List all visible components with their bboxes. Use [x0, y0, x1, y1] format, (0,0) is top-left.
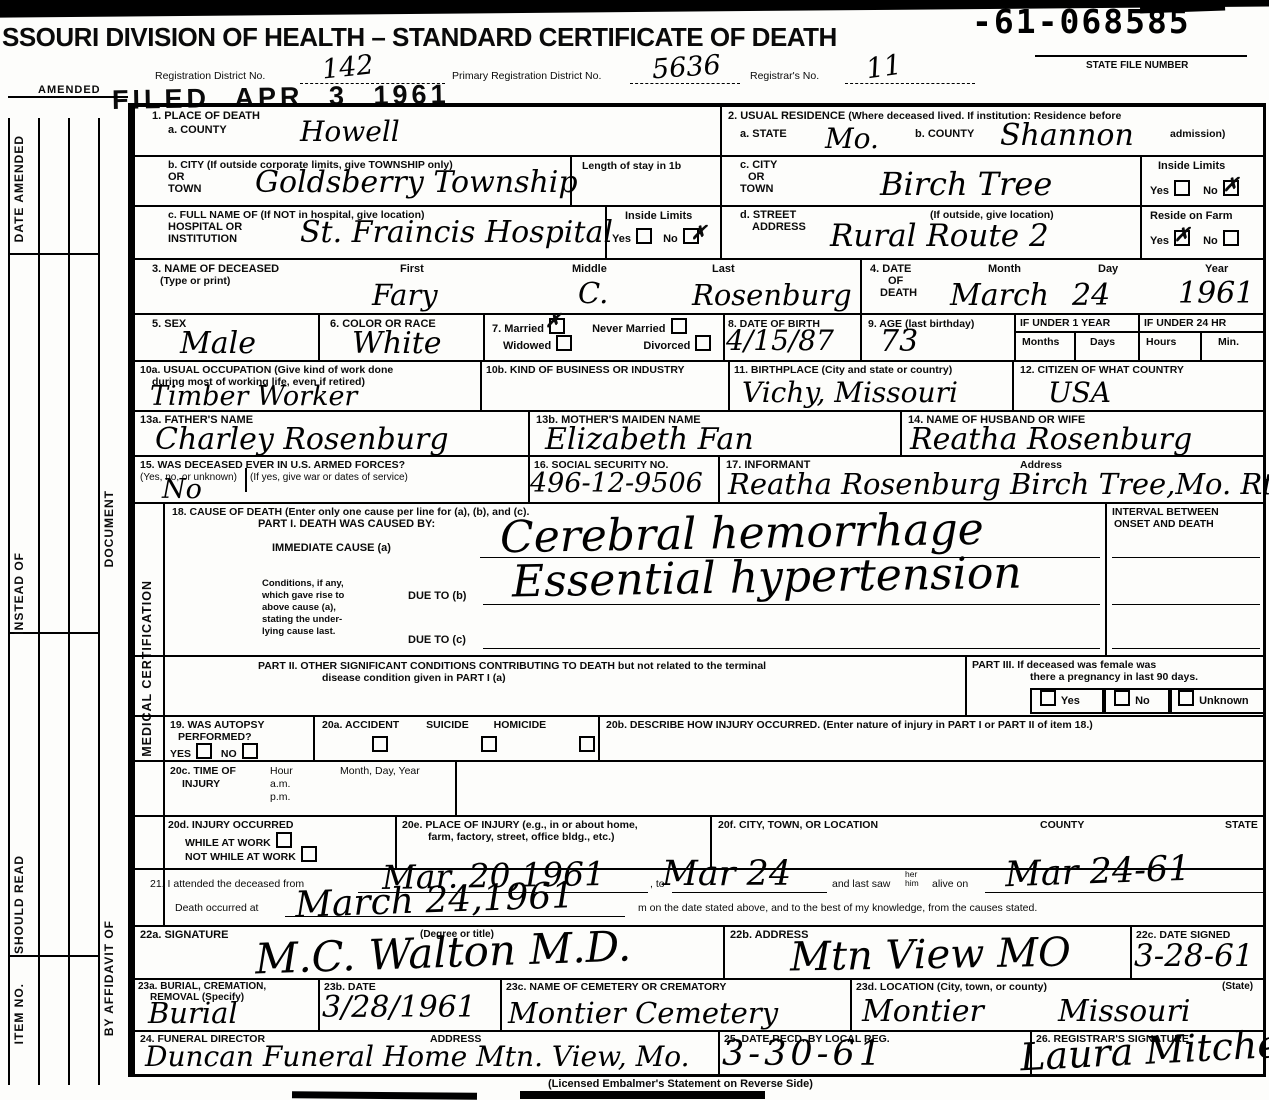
field-label: DEATH: [880, 287, 917, 300]
not-while-at-work-label: NOT WHILE AT WORK: [185, 851, 296, 863]
death-year-value: 1961: [1178, 276, 1254, 311]
yes-label: Yes: [1150, 185, 1169, 197]
state-file-number: -61-068585: [972, 2, 1191, 41]
not-while-at-work-checkbox: [301, 846, 317, 862]
sidebar-instead-of: INSTEAD OF: [12, 552, 26, 635]
never-married-label: Never Married: [592, 323, 665, 335]
field-label: a.m.: [270, 778, 290, 790]
hospital-value: St. Fraincis Hospital: [300, 215, 613, 250]
yes-checkbox: ✗: [1174, 230, 1190, 246]
field-label: HOSPITAL OR: [168, 221, 242, 234]
homicide-checkbox: [579, 736, 595, 752]
yes-label: Yes: [1150, 235, 1169, 247]
ssn-value: 496-12-9506: [530, 468, 703, 499]
no-label: No: [1203, 185, 1218, 197]
race-value: White: [352, 326, 442, 361]
field-label: 18. CAUSE OF DEATH (Enter only one cause…: [172, 506, 529, 518]
pregnancy-no-checkbox: [1114, 690, 1130, 706]
field-label: lying cause last.: [262, 626, 344, 638]
sidebar-item-no: ITEM NO.: [12, 983, 26, 1044]
burial-value: Burial: [148, 996, 238, 1030]
checkbox-mark: ✗: [691, 223, 707, 245]
field-label: DUE TO (b): [408, 590, 466, 603]
field-label: 21. I attended the deceased from: [150, 878, 304, 890]
funeral-director-value: Duncan Funeral Home Mtn. View, Mo.: [145, 1040, 690, 1073]
scan-smudge: [292, 1091, 477, 1100]
line: [1200, 331, 1202, 360]
field-label: PART III. If deceased was female was: [972, 659, 1156, 671]
field-label: Min.: [1218, 336, 1239, 348]
field-label: Hour: [270, 765, 293, 777]
unknown-label: Unknown: [1199, 695, 1249, 707]
field-label: 22a. SIGNATURE: [140, 929, 228, 942]
field-label: IF UNDER 24 HR: [1144, 317, 1226, 329]
yes-no-row: Yes No ✗: [612, 228, 701, 246]
dashed-line: [630, 83, 740, 84]
field-label: STATE: [1225, 819, 1258, 831]
line: [8, 96, 128, 98]
field-label: Middle: [572, 263, 607, 276]
first-name-value: Fary: [372, 278, 438, 312]
line: [1014, 331, 1138, 333]
married-label: 7. Married: [492, 323, 544, 335]
field-label: PART II. OTHER SIGNIFICANT CONDITIONS CO…: [258, 660, 766, 672]
field-label: Reside on Farm: [1150, 210, 1233, 223]
line: [1035, 55, 1247, 57]
line: [1112, 557, 1260, 558]
field-label: 20c. TIME OF: [170, 765, 236, 777]
divorced-checkbox: [695, 335, 711, 351]
field-label: ONSET AND DEATH: [1114, 518, 1214, 530]
sidebar-date-amended: DATE AMENDED: [12, 135, 26, 242]
pregnancy-yes-checkbox: [1040, 690, 1056, 706]
field-label: OF: [888, 275, 903, 288]
field-label: above cause (a),: [262, 602, 344, 614]
field-label: Hours: [1146, 336, 1176, 348]
sidebar-by-affidavit: BY AFFIDAVIT OF: [102, 920, 116, 1036]
field-label: IF UNDER 1 YEAR: [1020, 317, 1110, 329]
county-value: Howell: [300, 115, 400, 148]
scan-smudge: [520, 1091, 765, 1099]
field-label: (State): [1222, 981, 1253, 993]
field-label: 19. WAS AUTOPSY: [170, 719, 265, 731]
line: [1112, 648, 1260, 649]
married-checkbox: ✗: [549, 318, 565, 334]
birth-date-value: 4/15/87: [726, 324, 834, 357]
cemetery-city-value: Montier: [862, 994, 984, 1029]
autopsy-no-checkbox: [242, 743, 258, 759]
field-label: 23c. NAME OF CEMETERY OR CREMATORY: [506, 981, 726, 993]
field-label: Length of stay in 1b: [582, 160, 681, 172]
field-label: INTERVAL BETWEEN: [1112, 506, 1219, 518]
last-name-value: Rosenburg: [692, 278, 852, 312]
conditions-note: Conditions, if any, which gave rise to a…: [262, 578, 344, 637]
field-label: c. CITY: [740, 159, 777, 172]
line: [68, 118, 70, 1085]
field-label: Days: [1090, 336, 1115, 348]
marital-row-1: 7. Married ✗ Never Married: [492, 318, 689, 336]
pregnancy-unknown-cell: Unknown: [1170, 688, 1266, 714]
no-checkbox: ✗: [683, 228, 699, 244]
field-label: Last: [712, 263, 735, 276]
field-label: First: [400, 263, 424, 276]
middle-name-value: C.: [578, 276, 608, 310]
line: [1074, 331, 1076, 360]
line: [133, 715, 165, 717]
yes-no-row: Yes ✗ No: [1150, 230, 1241, 248]
field-label: farm, factory, street, office bldg., etc…: [428, 831, 615, 843]
field-label: 20f. CITY, TOWN, OR LOCATION: [718, 819, 878, 831]
armed-forces-value: No: [162, 474, 202, 505]
field-label: m on the date stated above, and to the b…: [638, 902, 1037, 914]
field-label: p.m.: [270, 791, 290, 803]
street-address-value: Rural Route 2: [830, 218, 1049, 254]
field-label: Year: [1205, 263, 1228, 276]
field-label: Month: [988, 263, 1021, 276]
field-label: Month, Day, Year: [340, 765, 420, 777]
field-label: 23a. BURIAL, CREMATION,: [138, 981, 266, 993]
field-label: 4. DATE: [870, 263, 911, 276]
citizen-value: USA: [1048, 376, 1111, 409]
mother-name-value: Elizabeth Fan: [545, 422, 754, 457]
accident-checkbox: [372, 736, 388, 752]
him-label: him: [905, 879, 919, 888]
field-label: ADDRESS: [752, 221, 806, 234]
line: [245, 468, 247, 492]
autopsy-yes-checkbox: [196, 743, 212, 759]
field-label: 12. CITIZEN OF WHAT COUNTRY: [1020, 364, 1184, 376]
field-label: (If yes, give war or dates of service): [250, 472, 408, 484]
date-received-value: 3-30-61: [722, 1034, 885, 1074]
checkbox-mark: ✗: [545, 311, 561, 333]
field-label: DUE TO (c): [408, 634, 466, 647]
no-checkbox: [1223, 230, 1239, 246]
line: [1105, 502, 1107, 655]
field-label: 11. BIRTHPLACE (City and state or countr…: [734, 364, 952, 376]
field-label: 15. WAS DECEASED EVER IN U.S. ARMED FORC…: [140, 459, 405, 471]
field-label: a. COUNTY: [168, 124, 227, 137]
field-label: Inside Limits: [625, 210, 692, 223]
yes-checkbox: [1174, 180, 1190, 196]
autopsy-yes-no: YES NO: [170, 743, 260, 760]
pregnancy-unknown-checkbox: [1178, 690, 1194, 706]
line: [8, 955, 100, 957]
field-label: COUNTY: [1040, 819, 1084, 831]
homicide-label: HOMICIDE: [494, 719, 547, 731]
field-label: 3. NAME OF DECEASED: [152, 263, 279, 276]
checkbox-mark: ✗: [1174, 225, 1190, 247]
widowed-label: Widowed: [503, 340, 551, 352]
state-value: Mo.: [825, 122, 879, 155]
field-label: a. STATE: [740, 128, 787, 141]
yes-checkbox: [636, 228, 652, 244]
asl-row: 20a. ACCIDENT SUICIDE HOMICIDE: [322, 719, 546, 731]
field-label: 20b. DESCRIBE HOW INJURY OCCURRED. (Ente…: [606, 719, 1093, 731]
field-label: 10b. KIND OF BUSINESS OR INDUSTRY: [486, 364, 685, 376]
sidebar-should-read: SHOULD READ: [12, 855, 26, 954]
father-name-value: Charley Rosenburg: [155, 422, 449, 457]
cemetery-value: Montier Cemetery: [508, 996, 778, 1030]
embalmer-note: (Licensed Embalmer's Statement on Revers…: [548, 1078, 813, 1090]
no-label: NO: [221, 748, 237, 760]
field-label: PART I. DEATH WAS CAUSED BY:: [258, 518, 435, 531]
field-label: 10a. USUAL OCCUPATION (Give kind of work…: [140, 364, 393, 376]
yes-label: Yes: [612, 233, 631, 245]
page-title: SSOURI DIVISION OF HEALTH – STANDARD CER…: [2, 22, 837, 53]
cause-b-value: Essential hypertension: [512, 548, 1022, 608]
field-label: TOWN: [168, 183, 201, 196]
no-label: No: [1203, 235, 1218, 247]
date-signed-value: 3-28-61: [1134, 938, 1254, 974]
field-label: b. COUNTY: [915, 128, 974, 141]
spouse-name-value: Reatha Rosenburg: [910, 422, 1192, 457]
line: [455, 760, 457, 815]
field-label: INSTITUTION: [168, 233, 237, 246]
line: [38, 118, 40, 1085]
field-label: 20a.: [322, 719, 342, 731]
her-him-stack: her him: [905, 870, 919, 889]
checkbox-mark: ✗: [1223, 175, 1239, 197]
attended-to-value: Mar 24: [662, 854, 791, 894]
field-time-of-injury: [133, 760, 1266, 815]
field-label: IMMEDIATE CAUSE (a): [272, 542, 391, 555]
marital-row-2: Widowed Divorced: [503, 335, 713, 353]
cemetery-state-value: Missouri: [1058, 994, 1190, 1029]
field-label: d. STREET: [740, 209, 796, 222]
no-label: No: [1135, 695, 1150, 707]
residence-county-value: Shannon: [1000, 118, 1134, 153]
line: [483, 648, 1100, 649]
divorced-label: Divorced: [643, 340, 690, 352]
no-label: No: [663, 233, 678, 245]
primary-registration-label: Primary Registration District No.: [452, 70, 601, 82]
not-while-at-work-row: NOT WHILE AT WORK: [185, 846, 319, 863]
field-label: PERFORMED?: [178, 731, 252, 743]
field-label: 20e. PLACE OF INJURY (e.g., in or about …: [402, 819, 638, 831]
field-label: Day: [1098, 263, 1118, 276]
physician-address-value: Mtn View MO: [790, 930, 1072, 981]
no-checkbox: ✗: [1223, 180, 1239, 196]
informant-value: Reatha Rosenburg Birch Tree,Mo. Rt2: [728, 467, 1269, 501]
field-label: disease condition given in PART I (a): [322, 672, 506, 684]
state-file-number-label: STATE FILE NUMBER: [1086, 60, 1188, 72]
line: [8, 118, 10, 1085]
amended-label: AMENDED: [38, 84, 101, 97]
death-certificate-scan: SSOURI DIVISION OF HEALTH – STANDARD CER…: [0, 0, 1269, 1100]
line: [8, 253, 100, 255]
line: [1138, 331, 1266, 333]
last-alive-value: Mar 24-61: [1004, 849, 1191, 895]
suicide-checkbox: [481, 736, 497, 752]
field-label: which gave rise to: [262, 590, 344, 602]
field-label: Conditions, if any,: [262, 578, 344, 590]
occupation-value: Timber Worker: [150, 381, 357, 412]
accident-label: ACCIDENT: [345, 719, 399, 731]
primary-registration-value: 5636: [651, 50, 722, 86]
widowed-checkbox: [556, 335, 572, 351]
field-label: 20d. INJURY OCCURRED: [168, 819, 293, 831]
dashed-line: [845, 83, 975, 84]
yes-label: YES: [170, 748, 191, 760]
registrar-no-label: Registrar's No.: [750, 70, 819, 82]
line: [1112, 604, 1260, 605]
field-label: Inside Limits: [1158, 160, 1225, 173]
death-day-value: 24: [1072, 278, 1110, 313]
registrar-no-value: 11: [864, 48, 904, 86]
field-label: OR: [748, 171, 765, 184]
death-month-value: March: [950, 278, 1049, 313]
field-label: there a pregnancy in last 90 days.: [1030, 671, 1198, 683]
field-label: Death occurred at: [175, 902, 258, 914]
sidebar-document: DOCUMENT: [102, 490, 116, 567]
residence-city-value: Birch Tree: [880, 165, 1052, 203]
suicide-label: SUICIDE: [426, 719, 469, 731]
field-label: 2. USUAL RESIDENCE: [728, 110, 845, 122]
field-label: TOWN: [740, 183, 773, 196]
attended-line-1: 21. I attended the deceased from: [150, 878, 304, 890]
yes-label: Yes: [1061, 695, 1080, 707]
field-label: stating the under-: [262, 614, 344, 626]
field-label: alive on: [932, 878, 968, 890]
field-label: 23d. LOCATION (City, town, or county): [856, 981, 1047, 993]
field-label: INJURY: [182, 778, 220, 790]
line: [98, 118, 100, 1085]
registration-district-label: Registration District No.: [155, 70, 265, 82]
pregnancy-no-cell: No: [1104, 688, 1170, 714]
burial-date-value: 3/28/1961: [322, 990, 476, 1025]
age-value: 73: [880, 324, 918, 359]
field-label: Months: [1022, 336, 1059, 348]
sex-value: Male: [180, 326, 256, 361]
never-married-checkbox: [671, 318, 687, 334]
field-label: 1. PLACE OF DEATH: [152, 110, 260, 123]
birthplace-value: Vichy, Missouri: [742, 376, 958, 409]
city-value: Goldsberry Township: [255, 165, 578, 200]
pregnancy-yes-cell: Yes: [1030, 688, 1104, 714]
field-label: (Type or print): [160, 275, 230, 287]
field-label: and last saw: [832, 878, 890, 890]
field-label: admission): [1170, 128, 1225, 140]
field-label: OR: [168, 171, 185, 184]
yes-no-row: Yes No ✗: [1150, 180, 1241, 198]
